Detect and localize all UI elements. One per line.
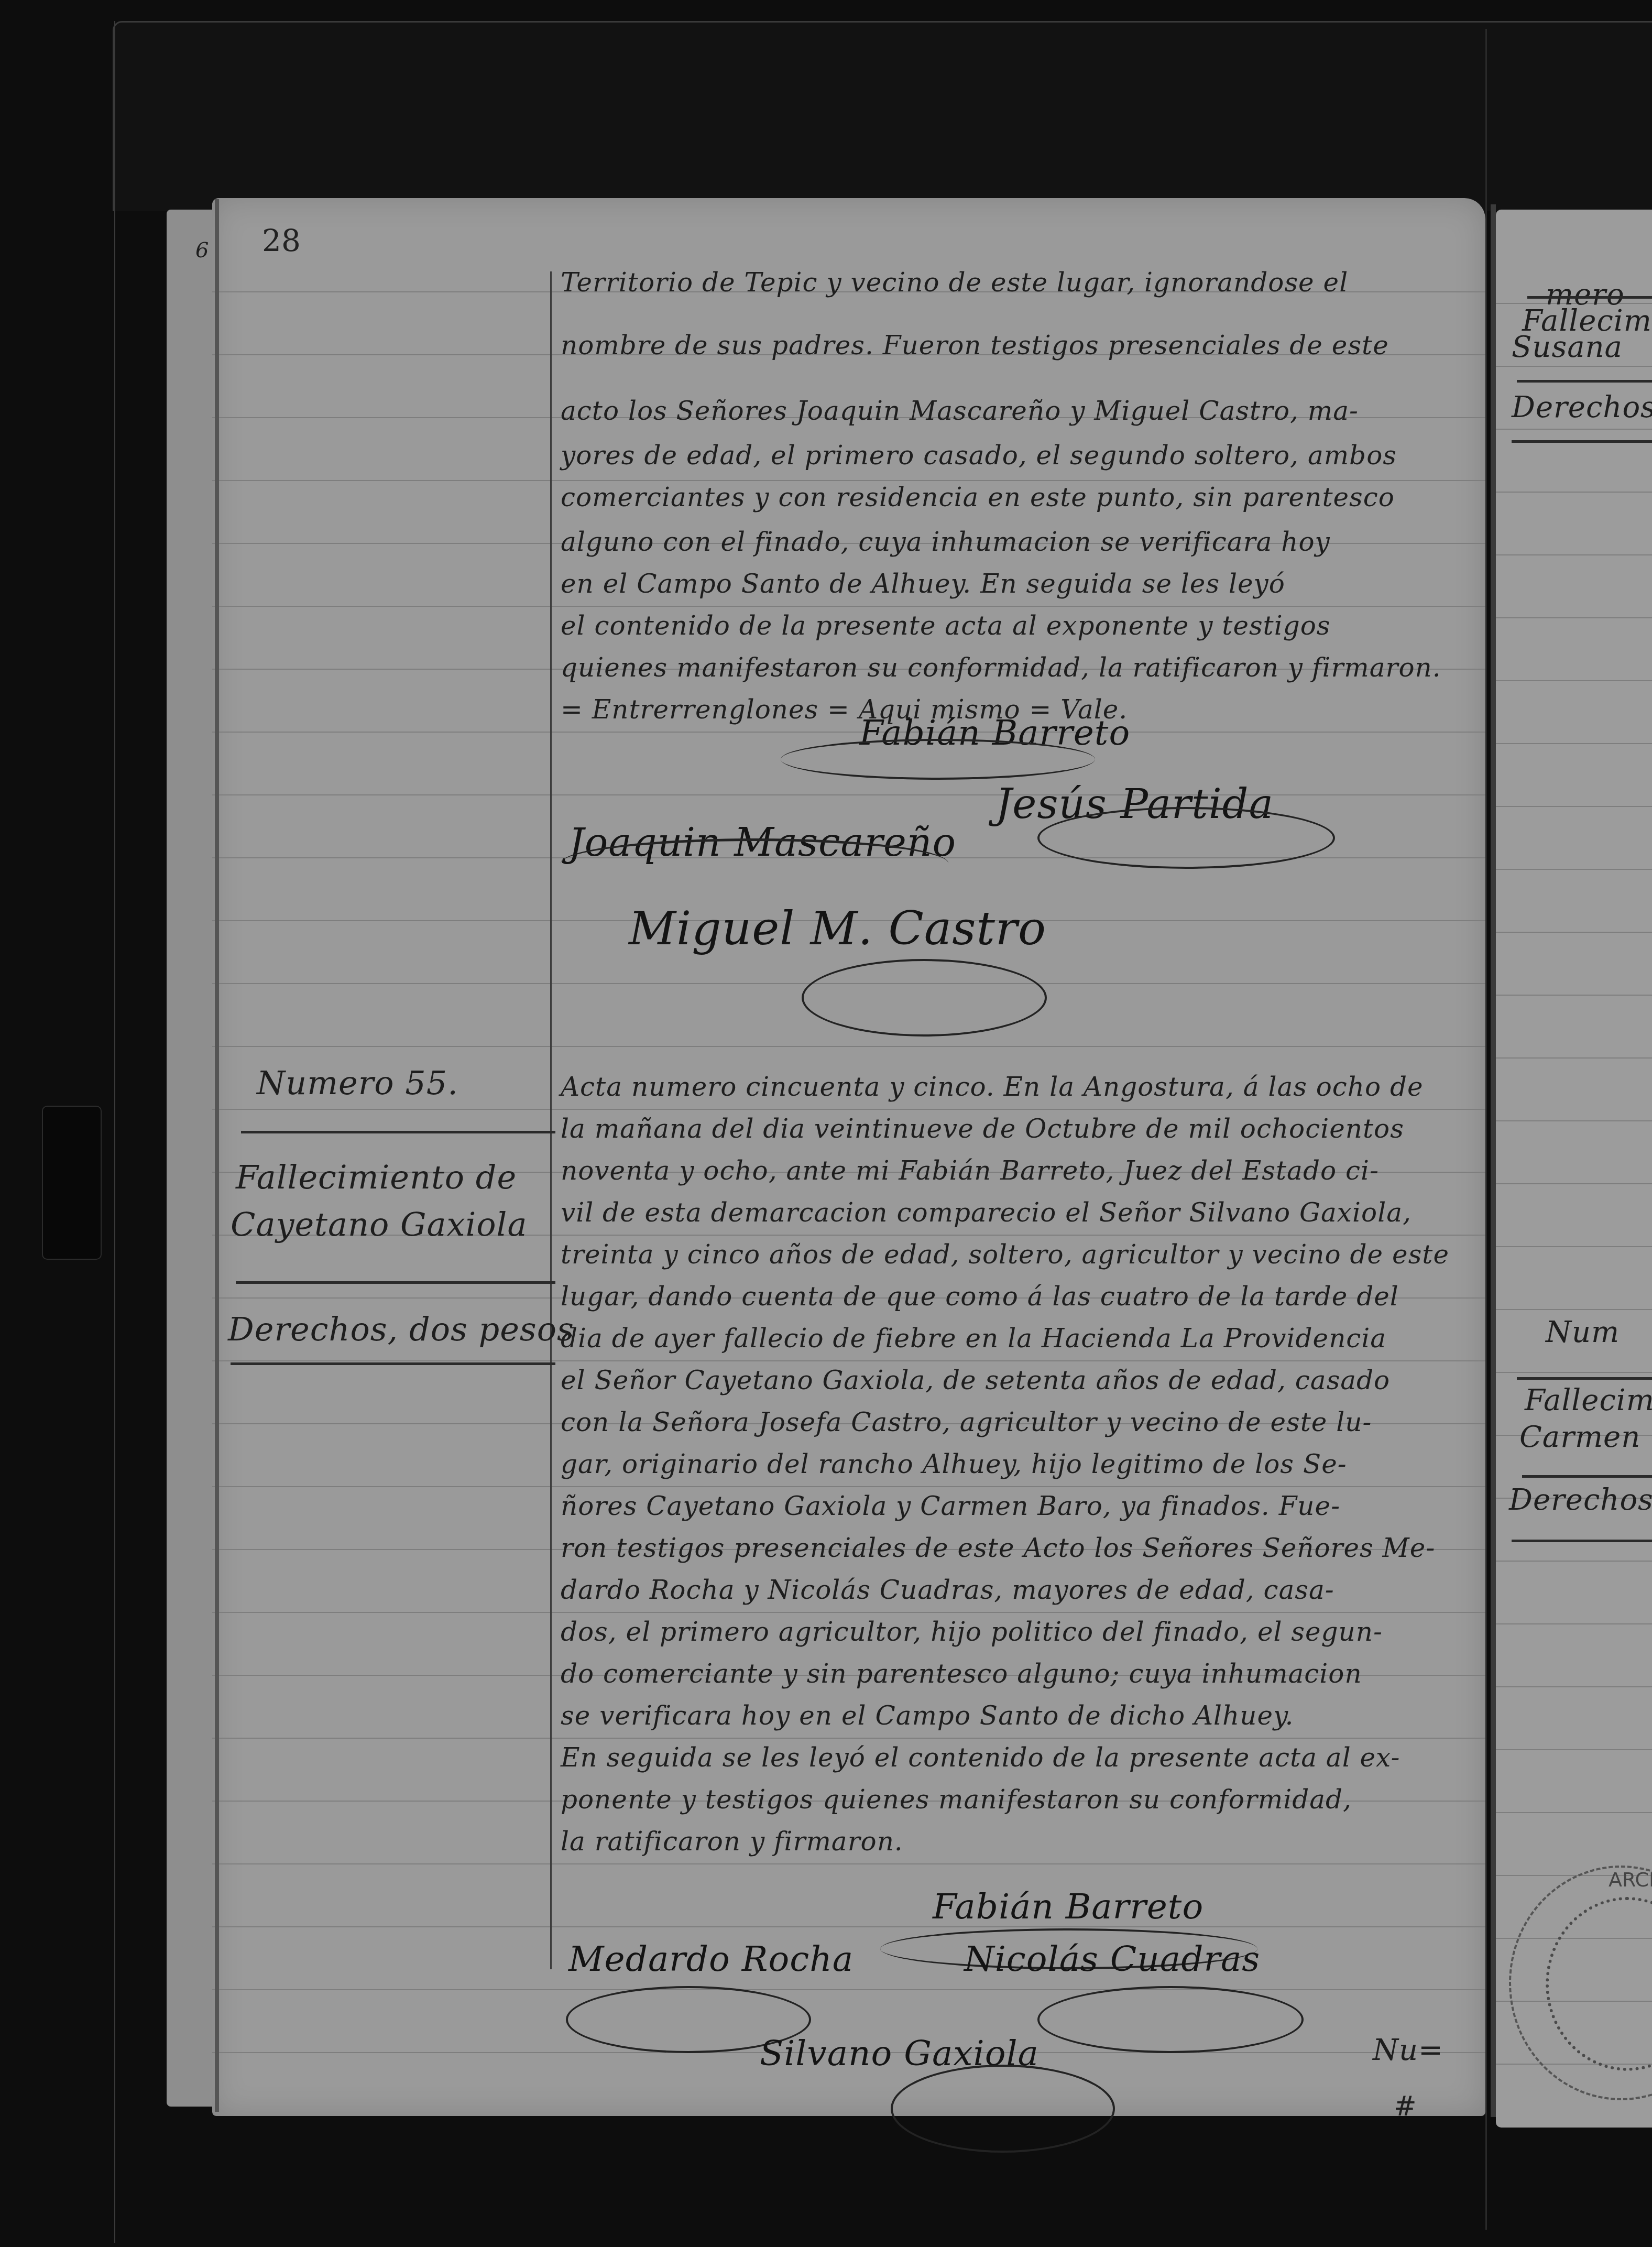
signature-flourish xyxy=(561,838,948,888)
text-line: vil de esta demarcacion comparecio el Se… xyxy=(561,1197,1412,1228)
adjacent-text: Fallecim xyxy=(1525,1383,1652,1417)
margin-divider xyxy=(236,1281,555,1284)
text-line: treinta y cinco años de edad, soltero, a… xyxy=(561,1239,1449,1270)
margin-divider xyxy=(1512,440,1652,443)
adjacent-text: Derechos, xyxy=(1509,1483,1652,1517)
text-line: en el Campo Santo de Alhuey. En seguida … xyxy=(561,569,1285,599)
text-line: nombre de sus padres. Fueron testigos pr… xyxy=(561,330,1389,361)
margin-divider xyxy=(1517,1377,1652,1380)
signature-judge: Fabián Barreto xyxy=(933,1886,1204,1927)
margin-divider xyxy=(1527,296,1652,299)
book-cover-top xyxy=(113,21,1652,211)
margin-divider xyxy=(1522,1475,1652,1478)
text-line: dia de ayer fallecio de fiebre en la Hac… xyxy=(561,1323,1386,1354)
text-line: ponente y testigos quienes manifestaron … xyxy=(561,1784,1352,1815)
text-line: do comerciante y sin parentesco alguno; … xyxy=(561,1659,1362,1689)
catchword: Nu= xyxy=(1373,2033,1443,2067)
adjacent-text: Susana xyxy=(1512,330,1623,364)
text-line: ron testigos presenciales de este Acto l… xyxy=(561,1533,1435,1563)
text-line: yores de edad, el primero casado, el seg… xyxy=(561,440,1397,471)
text-line: quienes manifestaron su conformidad, la … xyxy=(561,652,1441,683)
text-line: el Señor Cayetano Gaxiola, de setenta añ… xyxy=(561,1365,1390,1395)
margin-divider xyxy=(1512,1540,1652,1542)
adjacent-text: Num xyxy=(1546,1315,1620,1349)
margin-divider xyxy=(1517,380,1652,383)
text-line: dardo Rocha y Nicolás Cuadras, mayores d… xyxy=(561,1575,1334,1605)
adjacent-text: Derechos, xyxy=(1512,390,1652,424)
signature-witness-1: Medardo Rocha xyxy=(568,1939,854,1979)
text-line: la ratificaron y firmaron. xyxy=(561,1826,903,1857)
adjacent-page xyxy=(1496,210,1652,2128)
text-line: En seguida se les leyó el contenido de l… xyxy=(561,1742,1400,1773)
signature-flourish xyxy=(1037,1986,1304,2053)
text-line: acto los Señores Joaquin Mascareño y Mig… xyxy=(561,396,1359,426)
adjacent-page-binding xyxy=(1491,204,1496,2117)
margin-rule xyxy=(550,271,552,1969)
signature-flourish xyxy=(1037,807,1335,869)
page-number: 28 xyxy=(262,223,301,258)
cover-seam xyxy=(1485,29,1487,2230)
margin-divider xyxy=(231,1362,555,1365)
footer-mark: # xyxy=(1394,2091,1417,2122)
text-line: alguno con el finado, cuya inhumacion se… xyxy=(561,527,1330,557)
book-spine-edge xyxy=(114,21,115,2243)
text-line: dos, el primero agricultor, hijo politic… xyxy=(561,1617,1383,1647)
adjacent-text: Carmen xyxy=(1519,1420,1640,1454)
text-line: noventa y ocho, ante mi Fabián Barreto, … xyxy=(561,1155,1379,1186)
text-line: con la Señora Josefa Castro, agricultor … xyxy=(561,1407,1372,1437)
text-line: gar, originario del rancho Alhuey, hijo … xyxy=(561,1449,1347,1479)
record-number-label: Numero 55. xyxy=(257,1064,458,1102)
record-fees: Derechos, dos pesos xyxy=(228,1310,574,1348)
binder-clip xyxy=(42,1106,102,1260)
text-line: ñores Cayetano Gaxiola y Carmen Baro, ya… xyxy=(561,1491,1340,1521)
previous-page-edge: 6 xyxy=(167,210,214,2107)
signature-witness-2: Miguel M. Castro xyxy=(629,901,1046,955)
page-binding-edge xyxy=(215,199,219,2112)
signature-flourish xyxy=(781,739,1095,780)
text-line: Acta numero cincuenta y cinco. En la Ang… xyxy=(561,1072,1424,1102)
signature-flourish xyxy=(802,959,1047,1037)
text-line: lugar, dando cuenta de que como á las cu… xyxy=(561,1281,1399,1312)
archive-stamp-text: ARCHIVO xyxy=(1609,1868,1652,1891)
record-title-line-2: Cayetano Gaxiola xyxy=(231,1205,527,1244)
text-line: Territorio de Tepic y vecino de este lug… xyxy=(561,267,1348,298)
signature-witness-2: Nicolás Cuadras xyxy=(964,1939,1260,1979)
signature-flourish xyxy=(891,2065,1115,2153)
text-line: la mañana del dia veintinueve de Octubre… xyxy=(561,1114,1404,1144)
text-line: se verificara hoy en el Campo Santo de d… xyxy=(561,1700,1294,1731)
margin-divider xyxy=(241,1131,555,1133)
previous-page-number-fragment: 6 xyxy=(195,238,209,263)
record-title-line-1: Fallecimiento de xyxy=(236,1158,517,1196)
text-line: el contenido de la presente acta al expo… xyxy=(561,610,1330,641)
ruled-lines xyxy=(1496,241,1652,2065)
text-line: comerciantes y con residencia en este pu… xyxy=(561,482,1395,512)
